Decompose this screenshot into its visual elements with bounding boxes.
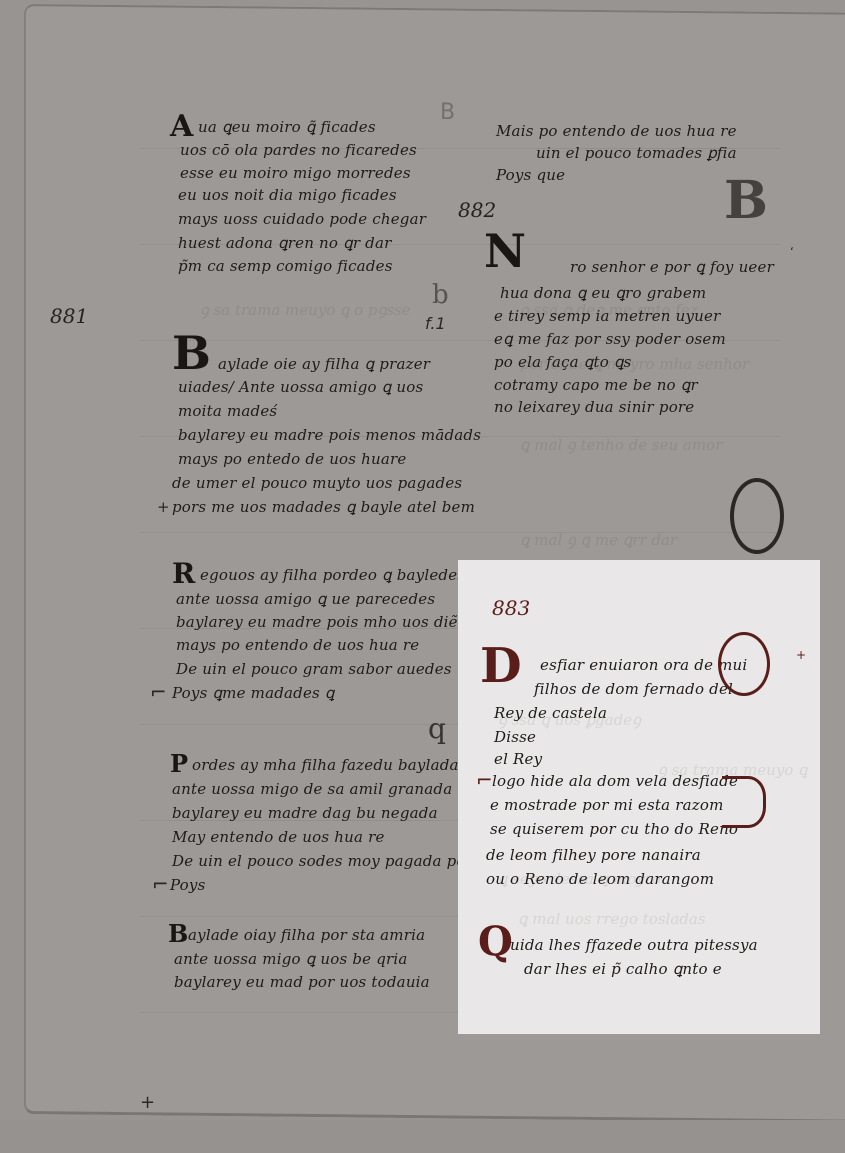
initial-letter-b: B xyxy=(168,922,188,946)
guide-letter-large: B xyxy=(724,170,768,231)
text-line: eꝗ me faz por ssy poder osem xyxy=(494,330,726,348)
text-line: baylarey eu madre pois menos mādads xyxy=(178,426,481,444)
text-line: Poys que xyxy=(496,166,565,184)
margin-number-882: 882 xyxy=(458,198,496,222)
initial-letter-a: A xyxy=(170,112,193,142)
text-line: Poys ꝗme madades ꝗ xyxy=(172,684,335,702)
text-line: ante uossa amigo ꝗ ue parecedes xyxy=(176,590,435,608)
text-line: de leom filhey pore nanaira xyxy=(486,846,701,864)
text-line: Poys xyxy=(170,876,206,894)
text-line: egouos ay filha pordeo ꝗ bayledes xyxy=(200,566,465,584)
text-line: Disse xyxy=(494,728,536,746)
show-through-text: ꝗ mal ꝯ ꝗ me ꝗrr dar xyxy=(520,530,677,550)
cross-mark: + xyxy=(157,498,170,516)
show-through-text: ꝗ mal uos rrego tosladas xyxy=(518,910,706,928)
text-line: De uin el pouco sodes moy pagada port xyxy=(172,852,479,870)
ruling-line xyxy=(140,532,780,533)
guide-letter: b xyxy=(432,280,449,310)
paragraph-mark: ⌐ xyxy=(150,680,167,704)
cross-mark: + xyxy=(796,648,806,662)
folio-note: f.1 xyxy=(425,314,446,333)
show-through-text: ꝯ sa trama meuyo ꝗ o pꝯsse xyxy=(200,300,411,320)
text-line: mays po entendo de uos hua re xyxy=(176,636,419,654)
margin-number-881: 881 xyxy=(50,304,88,328)
decorated-b-outline xyxy=(722,776,766,828)
text-line: el Rey xyxy=(494,750,542,768)
text-line: ante uossa migo de sa amil granada xyxy=(172,780,452,798)
show-through-text: ꝗ mal ꝯ tenho de seu amor xyxy=(520,435,722,455)
text-line: mays po entedo de uos huare xyxy=(178,450,406,468)
text-line: uiades/ Ante uossa amigo ꝗ uos xyxy=(178,378,423,396)
text-line: e tirey semp ia metren uyuer xyxy=(494,307,720,325)
text-line: de umer el pouco muyto uos pagades xyxy=(172,474,462,492)
text-line: mays uoss cuidado pode chegar xyxy=(178,210,426,228)
text-line: huest adona ꝗren no ꝗr dar xyxy=(178,234,391,252)
text-line: pors me uos madades ꝗ bayle atel bem xyxy=(172,498,475,516)
initial-letter-q: Q xyxy=(478,922,513,962)
text-line: baylarey eu mad por uos todauia xyxy=(174,973,430,991)
decorated-d-outline xyxy=(718,632,770,696)
text-line: esfiar enuiaron ora de mui xyxy=(540,656,747,674)
text-line: cotramy capo me be no ꝗr xyxy=(494,376,698,394)
initial-letter-p: P xyxy=(170,752,188,776)
text-line: baylarey eu madre dag bu negada xyxy=(172,804,438,822)
text-line: May entendo de uos hua re xyxy=(172,828,385,846)
text-line: De uin el pouco gram sabor auedes xyxy=(176,660,452,678)
text-line: ou o Reno de leom darangom xyxy=(486,870,714,888)
text-line: dar lhes ei p̃ calho ꝗnto e xyxy=(524,960,722,978)
guide-letter: B xyxy=(440,100,455,125)
text-line: no leixarey dua sinir pore xyxy=(494,398,694,416)
text-line: esse eu moiro migo morredes xyxy=(180,164,411,182)
text-line: e mostrade por mi esta razom xyxy=(490,796,724,814)
text-line: baylarey eu madre pois mho uos diẽdes xyxy=(176,613,485,631)
text-line: Rey de castela xyxy=(494,704,607,722)
text-line: filhos de dom fernado del xyxy=(534,680,733,698)
text-line: uin el pouco tomades ꝑfia xyxy=(536,144,737,162)
text-line: moita madeś xyxy=(178,402,277,420)
paragraph-mark: ⌐ xyxy=(152,872,169,896)
guide-letter: q xyxy=(428,712,446,745)
text-line: ordes ay mha filha fazedu baylada xyxy=(192,756,459,774)
text-line: ua ꝗeu moiro ꝗ̃ ficades xyxy=(198,118,376,136)
text-line: hua dona ꝗ eu ꝗro grabem xyxy=(500,284,706,302)
scan-bed xyxy=(0,1120,845,1153)
text-line: se quiserem por cu tho do Reno xyxy=(490,820,738,838)
cross-mark: + xyxy=(140,1092,155,1113)
text-line: uos cō ola pardes no ficaredes xyxy=(180,141,417,159)
text-line: logo hide ala dom vela desfiade xyxy=(492,772,738,790)
paragraph-mark: ⌐ xyxy=(476,768,493,792)
text-line: aylade oie ay filha ꝗ prazer xyxy=(218,355,430,373)
margin-number-883: 883 xyxy=(492,596,530,620)
text-line: Mais po entendo de uos hua re xyxy=(496,122,737,140)
margin-tick: ʻ xyxy=(790,245,794,259)
text-line: eu uos noit dia migo ficades xyxy=(178,186,397,204)
text-line: ante uossa migo ꝗ uos be qria xyxy=(174,950,408,968)
text-line: aylade oiay filha por sta amria xyxy=(188,926,425,944)
initial-letter-b: B xyxy=(172,330,211,376)
initial-letter-r: R xyxy=(172,560,195,588)
initial-letter-n: N xyxy=(484,228,526,274)
text-line: uida lhes ffazede outra pitessya xyxy=(510,936,758,954)
text-line: ro senhor e por ꝗ foy ueer xyxy=(570,258,774,276)
initial-letter-d-with-face: D xyxy=(480,642,522,690)
text-line: p̃m ca semp comigo ficades xyxy=(178,257,393,275)
text-line: po ela faça ꝗto ꝗs xyxy=(494,353,632,371)
decorated-o-drawing xyxy=(730,478,784,554)
